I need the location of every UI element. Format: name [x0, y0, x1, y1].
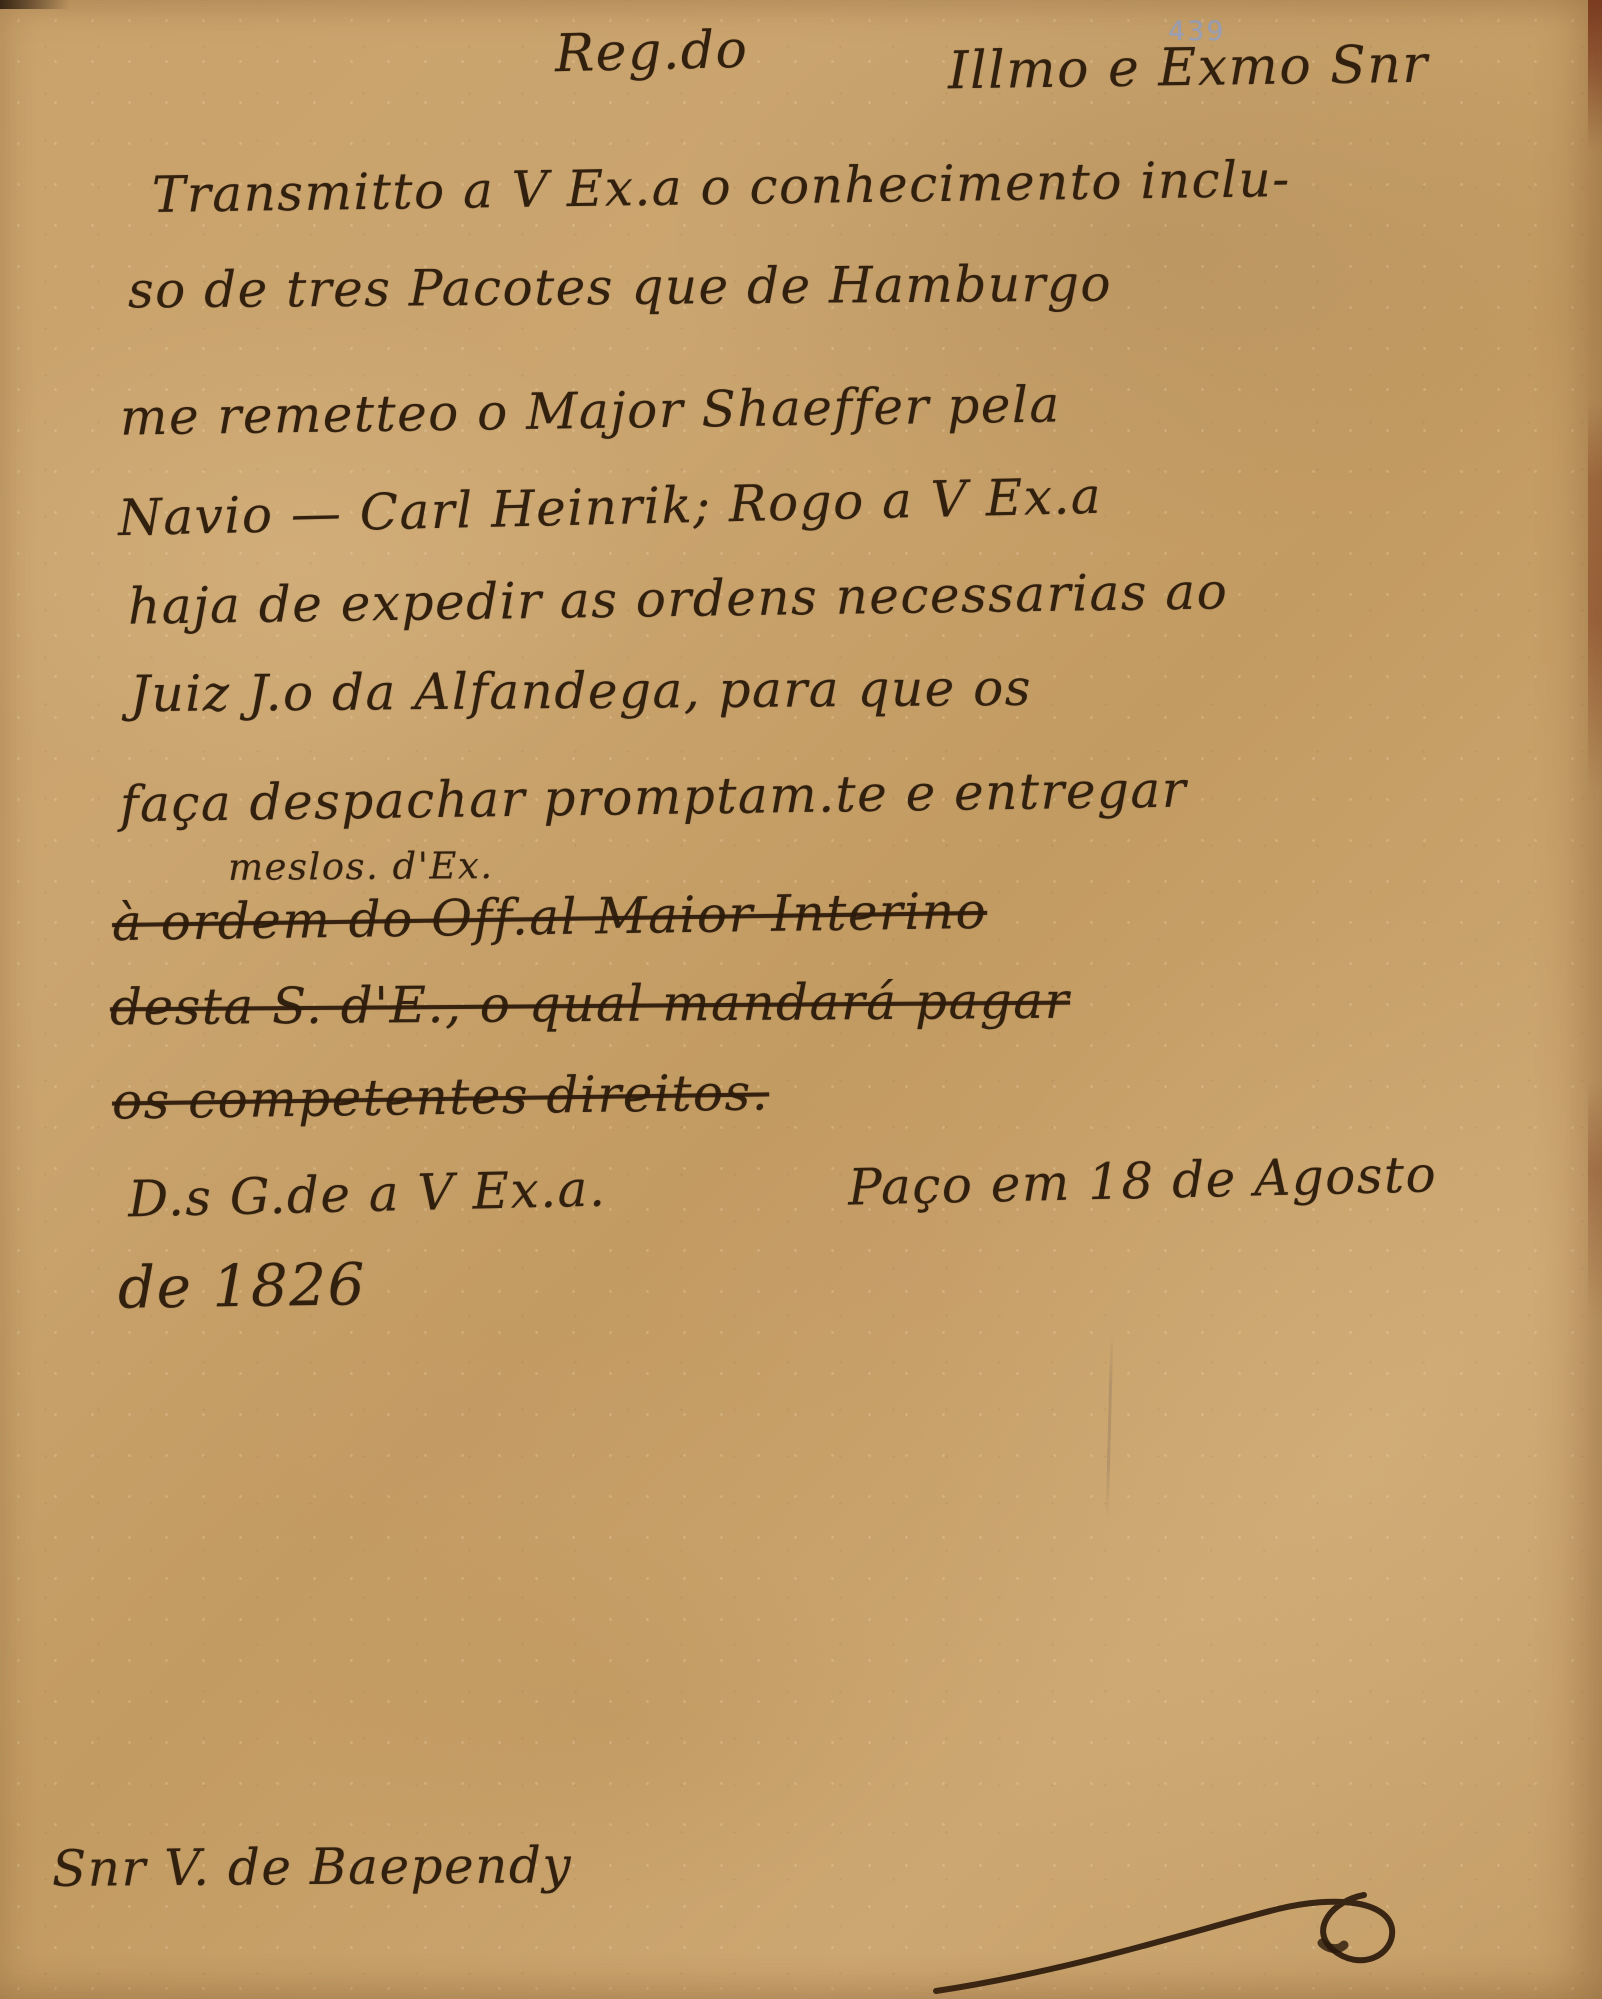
corner-shadow — [0, 0, 70, 9]
closing-salutation: D.s G.de a V Ex.a. — [127, 1160, 606, 1229]
closing-place-date: Paço em 18 de Agosto — [847, 1145, 1437, 1216]
manuscript-line: so de tres Pacotes que de Hamburgo — [128, 255, 1112, 320]
page-edge — [1588, 0, 1602, 1999]
registry-mark: Reg.do — [554, 20, 749, 84]
manuscript-line: me remetteo o Major Shaeffer pela — [120, 375, 1061, 446]
manuscript-line: Navio — Carl Heinrik; Rogo a V Ex.a — [117, 467, 1102, 547]
paper-crease — [1106, 1330, 1114, 1520]
closing-year: de 1826 — [118, 1250, 367, 1321]
manuscript-line: Transmitto a V Ex.a o conhecimento inclu… — [152, 150, 1291, 224]
addressee-line: Snr V. de Baependy — [52, 1836, 572, 1898]
struck-line: os competentes direitos. — [112, 1063, 770, 1130]
manuscript-line: haja de expedir as ordens necessarias ao — [128, 562, 1229, 635]
manuscript-line: Juiz J.o da Alfandega, para que os — [130, 659, 1032, 723]
manuscript-line: faça despachar promptam.te e entregar — [120, 761, 1188, 834]
interline-insertion: meslos. d'Ex. — [228, 844, 494, 889]
struck-line: desta S. d'E., o qual mandará pagar — [110, 972, 1070, 1037]
manuscript-page: { "page": { "description": "Handwritten … — [0, 0, 1602, 1999]
struck-line: à ordem do Off.al Maior Interino — [112, 882, 988, 952]
signature-flourish — [930, 1885, 1430, 1997]
folio-number: 439 — [1168, 16, 1226, 47]
